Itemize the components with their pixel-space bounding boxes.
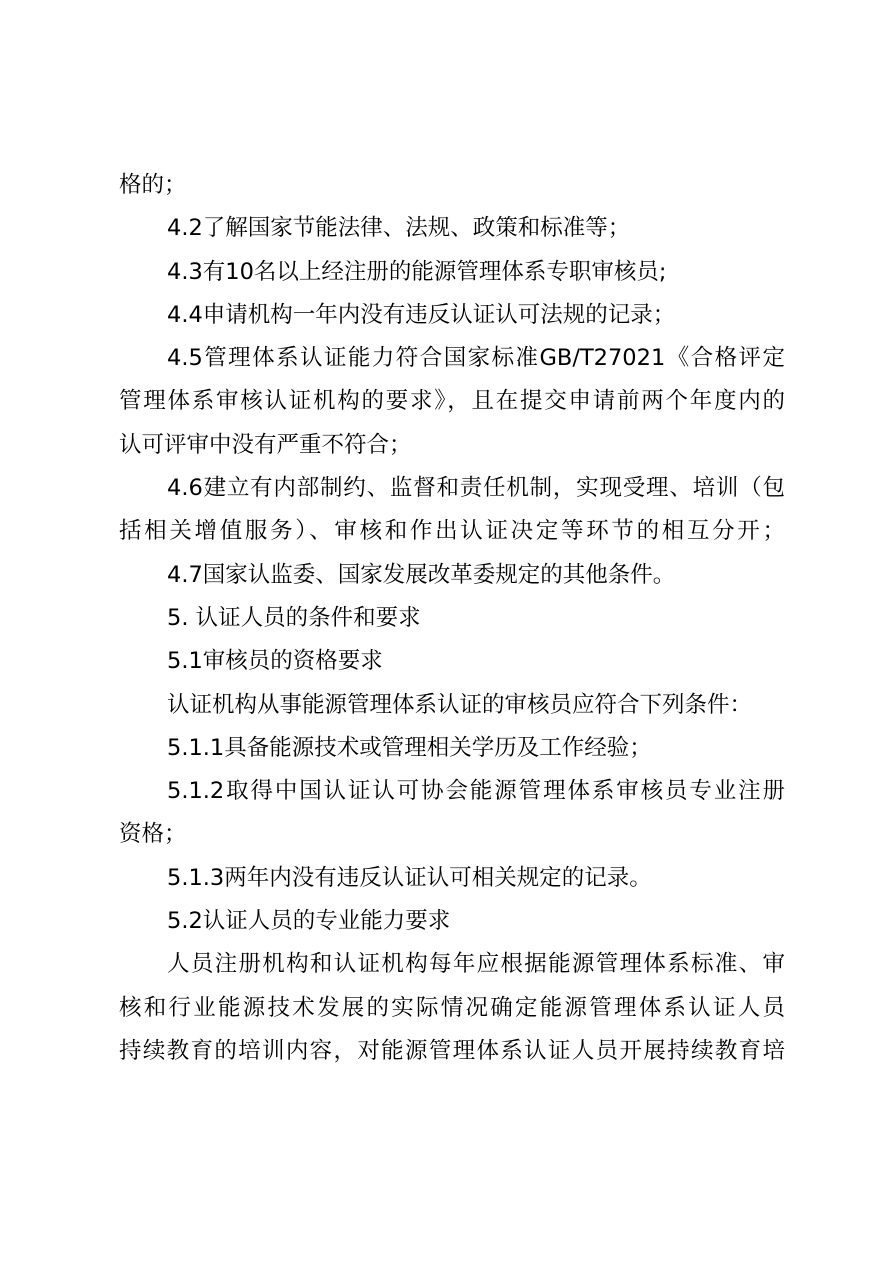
text-line: 4.7国家认监委、国家发展改革委规定的其他条件。: [119, 554, 785, 597]
text-line: 资格；: [119, 813, 785, 856]
text-line: 5.1.1具备能源技术或管理相关学历及工作经验；: [119, 727, 785, 770]
subsection-heading: 5.2认证人员的专业能力要求: [119, 900, 785, 943]
text-line: 4.3有10名以上经注册的能源管理体系专职审核员;: [119, 251, 785, 294]
text-line: 5.1.3两年内没有违反认证认可相关规定的记录。: [119, 857, 785, 900]
document-page: 格的； 4.2了解国家节能法律、法规、政策和标准等； 4.3有10名以上经注册的…: [119, 164, 785, 1073]
text-line: 4.6建立有内部制约、监督和责任机制，实现受理、培训（包: [119, 467, 785, 510]
text-line: 核和行业能源技术发展的实际情况确定能源管理体系认证人员: [119, 987, 785, 1030]
text-line: 认可评审中没有严重不符合；: [119, 424, 785, 467]
text-line: 4.2了解国家节能法律、法规、政策和标准等；: [119, 207, 785, 250]
subsection-heading: 5.1审核员的资格要求: [119, 640, 785, 683]
text-line: 括相关增值服务）、审核和作出认证决定等环节的相互分开；: [119, 510, 785, 553]
text-line: 认证机构从事能源管理体系认证的审核员应符合下列条件：: [119, 684, 785, 727]
text-line: 格的；: [119, 164, 785, 207]
text-line: 5.1.2取得中国认证认可协会能源管理体系审核员专业注册: [119, 770, 785, 813]
text-line: 4.4申请机构一年内没有违反认证认可法规的记录；: [119, 294, 785, 337]
text-line: 持续教育的培训内容，对能源管理体系认证人员开展持续教育培: [119, 1030, 785, 1073]
text-line: 4.5管理体系认证能力符合国家标准GB/T27021《合格评定: [119, 337, 785, 380]
text-line: 管理体系审核认证机构的要求》，且在提交申请前两个年度内的: [119, 380, 785, 423]
text-line: 人员注册机构和认证机构每年应根据能源管理体系标准、审: [119, 943, 785, 986]
section-heading: 5. 认证人员的条件和要求: [119, 597, 785, 640]
